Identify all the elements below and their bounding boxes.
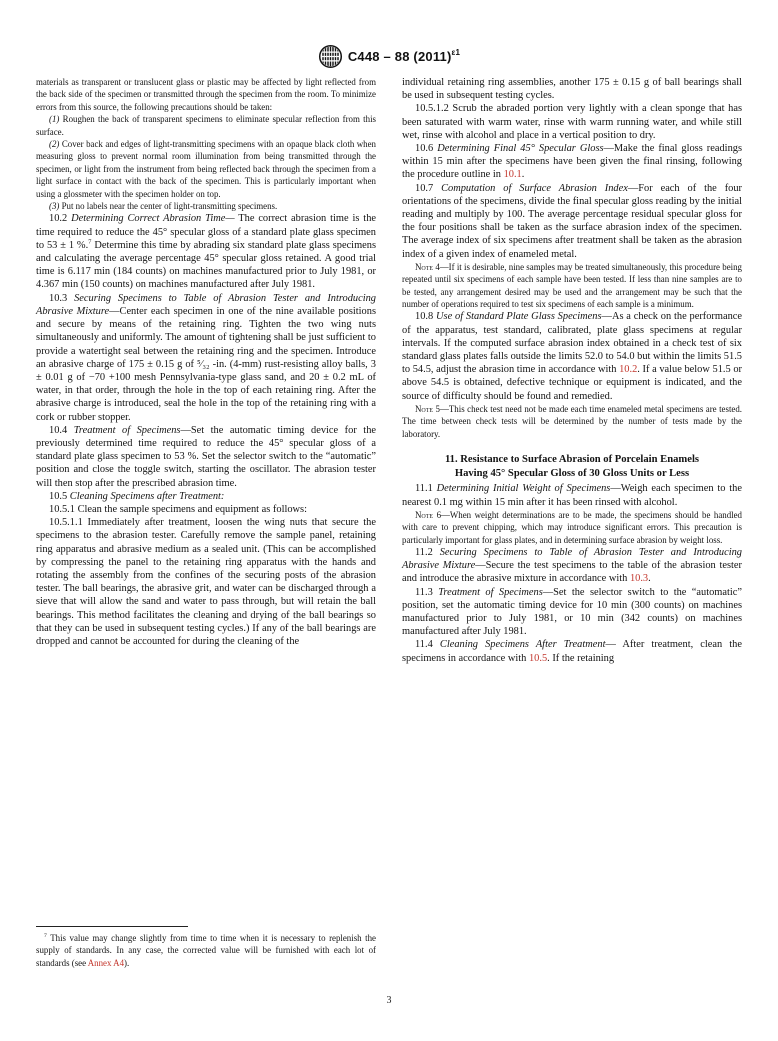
- text-run: —If it is desirable, nine samples may be…: [402, 262, 742, 309]
- section-10-6: 10.6 Determining Final 45° Specular Glos…: [402, 142, 742, 182]
- text-run: 10.5.1.1 Immediately after treatment, lo…: [36, 517, 376, 647]
- text-run: Determining Final 45° Specular Gloss: [437, 143, 603, 154]
- text-run: Cover back and edges of light-transmitti…: [36, 139, 376, 199]
- text-run: ).: [124, 958, 129, 968]
- text-run: —This check test need not be made each t…: [402, 404, 742, 439]
- text-run: .: [522, 169, 525, 180]
- note-3-item-1: (1) Roughen the back of transparent spec…: [36, 113, 376, 138]
- note-4: Note 4—If it is desirable, nine samples …: [402, 261, 742, 311]
- section-10-4: 10.4 Treatment of Specimens—Set the auto…: [36, 424, 376, 490]
- text-run: 10.8: [415, 311, 436, 322]
- heading-line: 11. Resistance to Surface Abrasion of Po…: [402, 453, 742, 467]
- designation-text: C448 – 88 (2011): [348, 49, 452, 64]
- text-run: 10.3: [49, 293, 74, 304]
- section-10-5-1-1: 10.5.1.1 Immediately after treatment, lo…: [36, 516, 376, 648]
- text-run: 10.5.1 Clean the sample specimens and eq…: [49, 504, 307, 515]
- note-3-item-2: (2) Cover back and edges of light-transm…: [36, 138, 376, 200]
- text-run: —For each of the four orientations of th…: [402, 183, 742, 260]
- text-run: Computation of Surface Abrasion Index: [441, 183, 628, 194]
- section-11-4: 11.4 Cleaning Specimens After Treatment—…: [402, 638, 742, 664]
- section-11-1: 11.1 Determining Initial Weight of Speci…: [402, 482, 742, 508]
- heading-line: Having 45° Specular Gloss of 30 Gloss Un…: [402, 467, 742, 481]
- page-number: 3: [0, 995, 778, 1006]
- note-5: Note 5—This check test need not be made …: [402, 403, 742, 440]
- section-10-3: 10.3 Securing Specimens to Table of Abra…: [36, 292, 376, 424]
- document-page: C448 – 88 (2011)ε1 materials as transpar…: [0, 0, 778, 1041]
- text-run: Roughen the back of transparent specimen…: [36, 114, 376, 136]
- text-run: Note 4: [415, 262, 440, 272]
- cross-reference-link[interactable]: 10.3: [630, 573, 648, 584]
- footnote-area: 7 This value may change slightly from ti…: [36, 926, 376, 969]
- section-11-heading: 11. Resistance to Surface Abrasion of Po…: [402, 453, 742, 480]
- footnote-7: 7 This value may change slightly from ti…: [36, 932, 376, 969]
- text-run: Note 6: [415, 510, 441, 520]
- section-10-5-1-1-continuation: individual retaining ring assemblies, an…: [402, 76, 742, 102]
- note-3-continuation: materials as transparent or translucent …: [36, 76, 376, 113]
- text-run: .: [648, 573, 651, 584]
- text-run: (1): [49, 114, 59, 124]
- text-run: 10.5.1.2 Scrub the abraded portion very …: [402, 103, 742, 140]
- cross-reference-link[interactable]: Annex A4: [88, 958, 124, 968]
- section-10-5: 10.5 Cleaning Specimens after Treatment:: [36, 490, 376, 503]
- note-3-item-3: (3) Put no labels near the center of lig…: [36, 200, 376, 212]
- text-run: (3): [49, 201, 59, 211]
- text-run: —Center each specimen in one of the nine…: [36, 306, 376, 423]
- document-header: C448 – 88 (2011)ε1: [0, 44, 778, 69]
- text-run: 10.6: [415, 143, 437, 154]
- text-run: materials as transparent or translucent …: [36, 77, 376, 112]
- cross-reference-link[interactable]: 10.2: [619, 364, 637, 375]
- text-run: 11.1: [415, 483, 437, 494]
- text-run: Put no labels near the center of light-t…: [59, 201, 277, 211]
- footnote-rule: [36, 926, 188, 927]
- section-11-3: 11.3 Treatment of Specimens—Set the sele…: [402, 586, 742, 639]
- text-run: (2): [49, 139, 59, 149]
- standard-designation: C448 – 88 (2011)ε1: [348, 49, 460, 64]
- footnote: 7 This value may change slightly from ti…: [36, 932, 376, 969]
- note-6: Note 6—When weight determinations are to…: [402, 509, 742, 546]
- cross-reference-link[interactable]: 10.1: [504, 169, 522, 180]
- text-run: 11.3: [415, 587, 438, 598]
- text-run: 10.2: [49, 213, 71, 224]
- text-run: Note 5: [415, 404, 440, 414]
- designation-superscript: ε1: [452, 48, 461, 57]
- text-run: Determining Initial Weight of Specimens: [437, 483, 611, 494]
- column-left: materials as transparent or translucent …: [36, 76, 376, 665]
- text-run: 11.2: [415, 547, 440, 558]
- text-run: 10.5: [49, 491, 70, 502]
- astm-logo-icon: [318, 44, 343, 69]
- text-run: Cleaning Specimens after Treatment:: [70, 491, 225, 502]
- text-run: Use of Standard Plate Glass Specimens: [436, 311, 602, 322]
- section-10-8: 10.8 Use of Standard Plate Glass Specime…: [402, 310, 742, 402]
- section-10-5-1: 10.5.1 Clean the sample specimens and eq…: [36, 503, 376, 516]
- text-run: Treatment of Specimens: [438, 587, 543, 598]
- column-right: individual retaining ring assemblies, an…: [402, 76, 742, 665]
- section-11-2: 11.2 Securing Specimens to Table of Abra…: [402, 546, 742, 586]
- section-10-2: 10.2 Determining Correct Abrasion Time— …: [36, 212, 376, 291]
- section-10-7: 10.7 Computation of Surface Abrasion Ind…: [402, 182, 742, 261]
- section-10-5-1-2: 10.5.1.2 Scrub the abraded portion very …: [402, 102, 742, 142]
- text-run: 10.4: [49, 425, 74, 436]
- text-run: Determining Correct Abrasion Time—: [71, 213, 235, 224]
- two-column-body: materials as transparent or translucent …: [36, 76, 742, 665]
- cross-reference-link[interactable]: 10.5: [529, 653, 547, 664]
- text-run: —When weight determinations are to be ma…: [402, 510, 742, 545]
- text-run: Treatment of Specimens: [74, 425, 181, 436]
- text-run: 11.4: [415, 639, 440, 650]
- text-run: 10.7: [415, 183, 441, 194]
- text-run: . If the retaining: [547, 653, 614, 664]
- text-run: individual retaining ring assemblies, an…: [402, 77, 742, 101]
- text-run: Cleaning Specimens After Treatment: [440, 639, 606, 650]
